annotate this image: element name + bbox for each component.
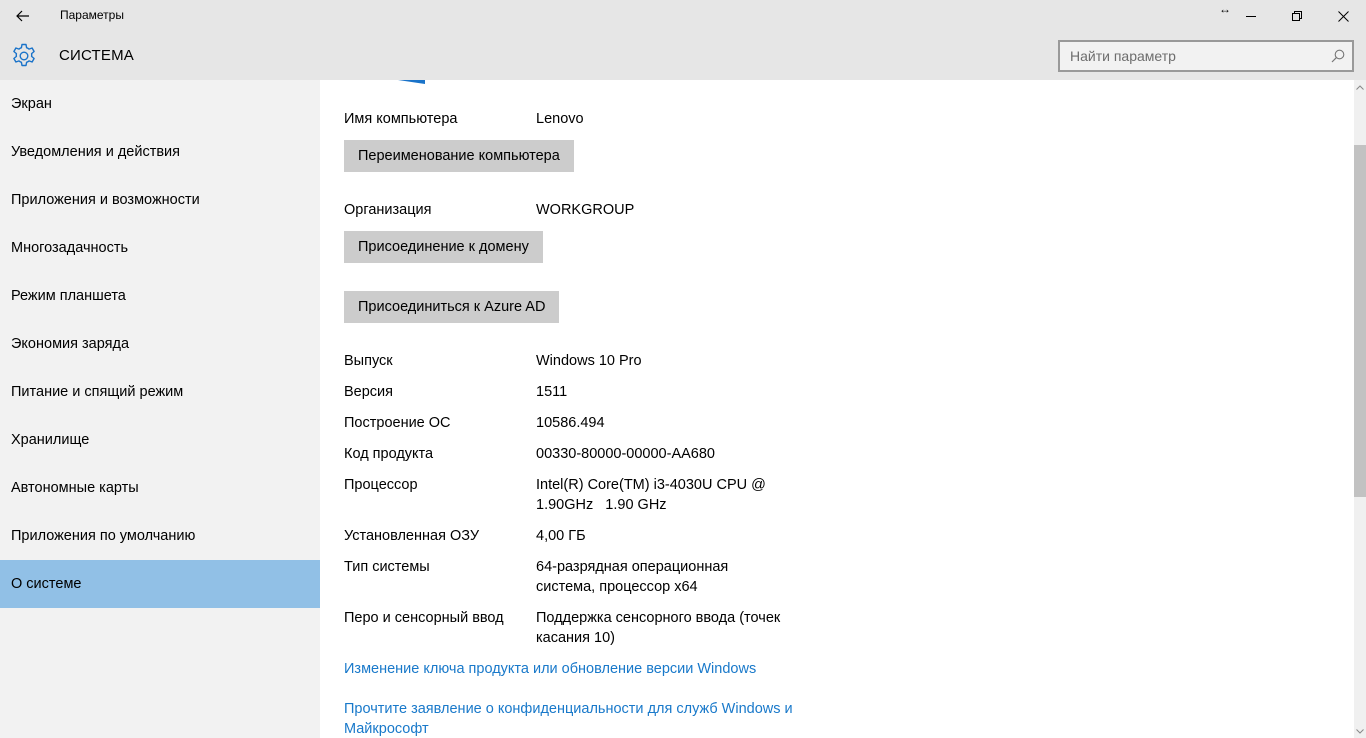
search-input[interactable] [1060, 42, 1324, 70]
spec-label: Перо и сенсорный ввод [344, 608, 536, 628]
chevron-up-icon [1356, 85, 1364, 90]
spec-value: 00330-80000-00000-AA680 [536, 444, 806, 464]
spec-value: 10586.494 [536, 413, 806, 433]
sidebar-item-about[interactable]: О системе [0, 560, 320, 608]
spec-value: 64-разрядная операционная система, проце… [536, 557, 751, 597]
search-box[interactable] [1058, 40, 1354, 72]
spec-value: Windows 10 Pro [536, 351, 806, 371]
back-button[interactable] [0, 0, 46, 32]
restore-icon [1292, 11, 1302, 21]
search-icon [1331, 49, 1345, 63]
join-domain-button[interactable]: Присоединение к домену [344, 231, 543, 263]
sidebar-item-default-apps[interactable]: Приложения по умолчанию [0, 512, 320, 560]
rename-computer-button[interactable]: Переименование компьютера [344, 140, 574, 172]
sidebar-item-battery-saver[interactable]: Экономия заряда [0, 320, 320, 368]
back-arrow-icon [16, 10, 30, 22]
spec-value: 1511 [536, 382, 806, 402]
organization-value: WORKGROUP [536, 200, 806, 220]
windows-logo-icon [398, 80, 428, 84]
about-content: Имя компьютера Lenovo Переименование ком… [320, 80, 1354, 738]
computer-name-value: Lenovo [536, 109, 806, 129]
search-button[interactable] [1324, 42, 1352, 70]
sidebar-item-storage[interactable]: Хранилище [0, 416, 320, 464]
spec-label: Код продукта [344, 444, 536, 464]
scroll-thumb[interactable] [1354, 145, 1366, 497]
privacy-statement-link[interactable]: Прочтите заявление о конфиденциальности … [344, 699, 799, 738]
sidebar-item-tablet-mode[interactable]: Режим планшета [0, 272, 320, 320]
organization-label: Организация [344, 200, 536, 220]
spec-label: Версия [344, 382, 536, 402]
sidebar-item-power-sleep[interactable]: Питание и спящий режим [0, 368, 320, 416]
spec-value: 4,00 ГБ [536, 526, 806, 546]
content-scrollbar[interactable] [1354, 80, 1366, 738]
sidebar-item-offline-maps[interactable]: Автономные карты [0, 464, 320, 512]
title-bar: Параметры ↔ [0, 0, 1366, 32]
sidebar-item-apps-features[interactable]: Приложения и возможности [0, 176, 320, 224]
spec-label: Установленная ОЗУ [344, 526, 536, 546]
close-button[interactable] [1320, 0, 1366, 32]
section-header: СИСТЕМА [0, 32, 1366, 80]
window-title: Параметры [60, 8, 124, 22]
close-icon [1338, 11, 1349, 22]
chevron-down-icon [1356, 729, 1364, 734]
spec-label: Процессор [344, 475, 536, 495]
join-azure-ad-button[interactable]: Присоединиться к Azure AD [344, 291, 559, 323]
spec-label: Построение ОС [344, 413, 536, 433]
sidebar-item-multitasking[interactable]: Многозадачность [0, 224, 320, 272]
spec-label: Выпуск [344, 351, 536, 371]
section-title: СИСТЕМА [59, 47, 134, 64]
sidebar-item-notifications[interactable]: Уведомления и действия [0, 128, 320, 176]
minimize-button[interactable] [1228, 0, 1274, 32]
change-product-key-link[interactable]: Изменение ключа продукта или обновление … [344, 659, 804, 679]
scroll-down-button[interactable] [1354, 724, 1366, 738]
scroll-up-button[interactable] [1354, 80, 1366, 94]
spec-value: Intel(R) Core(TM) i3-4030U CPU @ 1.90GHz… [536, 475, 776, 515]
gear-icon [11, 43, 37, 69]
sidebar-nav: Экран Уведомления и действия Приложения … [0, 80, 320, 738]
minimize-icon [1246, 11, 1256, 21]
restore-button[interactable] [1274, 0, 1320, 32]
computer-name-label: Имя компьютера [344, 109, 536, 129]
spec-label: Тип системы [344, 557, 536, 577]
spec-value: Поддержка сенсорного ввода (точек касани… [536, 608, 801, 648]
sidebar-item-screen[interactable]: Экран [0, 80, 320, 128]
